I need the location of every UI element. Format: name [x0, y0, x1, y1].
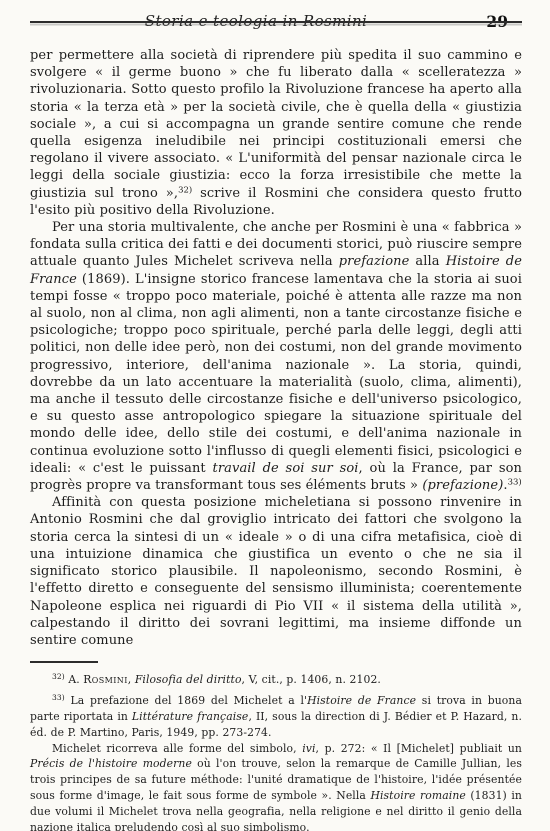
- footnote-separator: [30, 661, 98, 663]
- text-run: Affinità con questa posizione micheletia…: [30, 495, 522, 648]
- text-run: , V, cit., p. 1406, n. 2102.: [242, 673, 381, 686]
- text-run: A.: [65, 673, 84, 686]
- text-run: La prefazione del 1869 del Michelet a l': [65, 694, 307, 707]
- footnote-33: 33) La prefazione del 1869 del Michelet …: [30, 693, 522, 741]
- footnote-ref-32: 32): [178, 185, 192, 195]
- paragraph-3: Affinità con questa posizione micheletia…: [30, 494, 522, 649]
- footnote-marker-32: 32): [52, 672, 65, 681]
- footnote-33-continued: Michelet ricorreva alle forme del simbol…: [30, 741, 522, 831]
- text-run-italic: travail de soi sur soi: [213, 461, 359, 476]
- author-smallcaps: Rosmini: [83, 673, 127, 686]
- text-run: alla: [409, 254, 445, 269]
- footnote-marker-33: 33): [52, 693, 65, 702]
- text-run-italic: prefazione: [339, 254, 410, 269]
- paragraph-1: per permettere alla società di riprender…: [30, 47, 522, 219]
- footnotes: 32) A. Rosmini, Filosofia del diritto, V…: [30, 672, 522, 831]
- text-run: , p. 272: « Il [Michelet] publiait un: [316, 742, 522, 755]
- book-title-italic: Littérature française: [132, 710, 249, 723]
- footnote-32: 32) A. Rosmini, Filosofia del diritto, V…: [30, 672, 522, 688]
- text-run: Michelet ricorreva alle forme del simbol…: [52, 742, 302, 755]
- book-page: Storia e teologia in Rosmini 29 per perm…: [0, 0, 550, 831]
- text-run-italic: ivi: [302, 742, 315, 755]
- text-run: ,: [128, 673, 135, 686]
- book-title-italic: Filosofia del diritto: [135, 673, 242, 686]
- book-title-italic: Histoire de France: [307, 694, 416, 707]
- text-run: per permettere alla società di riprender…: [30, 48, 522, 201]
- book-title-italic: Histoire romaine: [370, 789, 465, 802]
- text-run: (1869). L'insigne storico francese lamen…: [30, 272, 522, 476]
- text-column: per permettere alla società di riprender…: [30, 47, 522, 831]
- running-head: Storia e teologia in Rosmini 29: [30, 12, 522, 36]
- book-title-italic: Précis de l'histoire moderne: [30, 757, 192, 770]
- paragraph-2: Per una storia multivalente, che anche p…: [30, 219, 522, 494]
- header-rule: [30, 21, 522, 23]
- footnote-ref-33: 33): [508, 478, 522, 488]
- text-run-italic: (prefazione): [422, 478, 503, 493]
